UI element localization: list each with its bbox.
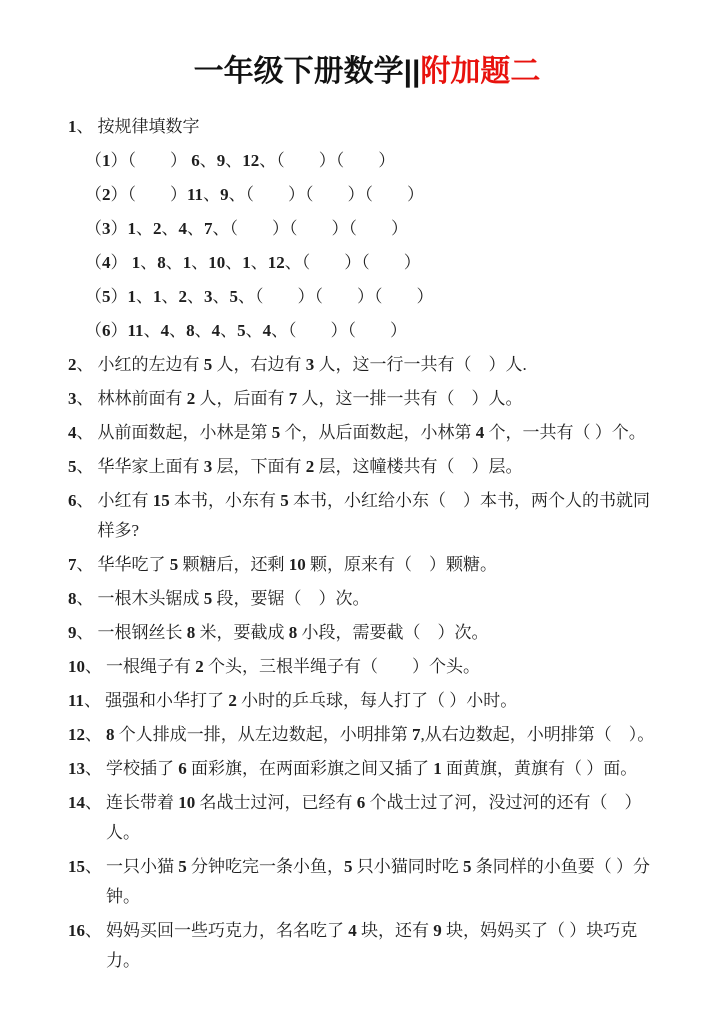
question-number: 3、 xyxy=(68,384,94,414)
question-item: 13、学校插了 6 面彩旗，在两面彩旗之间又插了 1 面黄旗，黄旗有（ ）面。 xyxy=(68,754,666,784)
question-item: 5、华华家上面有 3 层，下面有 2 层，这幢楼共有（ ）层。 xyxy=(68,452,666,482)
question-text: 一只小猫 5 分钟吃完一条小鱼，5 只小猫同时吃 5 条同样的小鱼要（ ）分钟。 xyxy=(106,852,666,912)
question-number: 10、 xyxy=(68,652,102,682)
question-line: 华华吃了 5 颗糖后，还剩 10 颗，原来有（ ）颗糖。 xyxy=(98,550,667,580)
question-item: 10、一根绳子有 2 个头，三根半绳子有（ ）个头。 xyxy=(68,652,666,682)
question-text: 从前面数起，小林是第 5 个，从后面数起，小林第 4 个，一共有（ ）个。 xyxy=(98,418,667,448)
question-line: 按规律填数字 xyxy=(98,112,667,142)
question-text: 按规律填数字 xyxy=(98,112,667,142)
question-subitem: （2）（ ）11、9、（ ）（ ）（ ） xyxy=(68,180,666,210)
question-number: 12、 xyxy=(68,720,102,750)
question-item: 12、8 个人排成一排，从左边数起，小明排第 7,从右边数起，小明排第（ ）。 xyxy=(68,720,666,750)
question-line: 连长带着 10 名战士过河，已经有 6 个战士过了河，没过河的还有（ ） xyxy=(106,788,666,818)
question-text: 华华吃了 5 颗糖后，还剩 10 颗，原来有（ ）颗糖。 xyxy=(98,550,667,580)
question-line: 一只小猫 5 分钟吃完一条小鱼，5 只小猫同时吃 5 条同样的小鱼要（ ）分 xyxy=(106,852,666,882)
question-item: 9、一根钢丝长 8 米，要截成 8 小段，需要截（ ）次。 xyxy=(68,618,666,648)
question-item: 3、林林前面有 2 人，后面有 7 人，这一排一共有（ ）人。 xyxy=(68,384,666,414)
question-line: 林林前面有 2 人，后面有 7 人，这一排一共有（ ）人。 xyxy=(98,384,667,414)
question-text: 小红的左边有 5 人，右边有 3 人，这一行一共有（ ）人. xyxy=(98,350,667,380)
question-text: 学校插了 6 面彩旗，在两面彩旗之间又插了 1 面黄旗，黄旗有（ ）面。 xyxy=(106,754,666,784)
question-item: 15、一只小猫 5 分钟吃完一条小鱼，5 只小猫同时吃 5 条同样的小鱼要（ ）… xyxy=(68,852,666,912)
page-title: 一年级下册数学||附加题二 xyxy=(68,54,666,90)
question-number: 15、 xyxy=(68,852,102,912)
question-list: 1、按规律填数字（1）（ ） 6、9、12、（ ）（ ）（2）（ ）11、9、（… xyxy=(68,112,666,976)
question-number: 13、 xyxy=(68,754,102,784)
worksheet-page: 一年级下册数学||附加题二 1、按规律填数字（1）（ ） 6、9、12、（ ）（… xyxy=(0,0,724,1024)
question-line: 样多? xyxy=(98,516,667,546)
question-text: 林林前面有 2 人，后面有 7 人，这一排一共有（ ）人。 xyxy=(98,384,667,414)
question-number: 14、 xyxy=(68,788,102,848)
question-item: 2、小红的左边有 5 人，右边有 3 人，这一行一共有（ ）人. xyxy=(68,350,666,380)
title-black-part: 一年级下册数学|| xyxy=(194,55,421,88)
question-line: 8 个人排成一排，从左边数起，小明排第 7,从右边数起，小明排第（ ）。 xyxy=(106,720,666,750)
question-number: 9、 xyxy=(68,618,94,648)
question-line: 一根木头锯成 5 段，要锯（ ）次。 xyxy=(98,584,667,614)
question-text: 连长带着 10 名战士过河，已经有 6 个战士过了河，没过河的还有（ ）人。 xyxy=(106,788,666,848)
title-red-part: 附加题二 xyxy=(420,55,540,88)
question-item: 6、小红有 15 本书，小东有 5 本书，小红给小东（ ）本书，两个人的书就同样… xyxy=(68,486,666,546)
question-text: 8 个人排成一排，从左边数起，小明排第 7,从右边数起，小明排第（ ）。 xyxy=(106,720,666,750)
question-item: 4、从前面数起，小林是第 5 个，从后面数起，小林第 4 个，一共有（ ）个。 xyxy=(68,418,666,448)
question-text: 一根木头锯成 5 段，要锯（ ）次。 xyxy=(98,584,667,614)
question-subitem: （6）11、4、8、4、5、4、（ ）（ ） xyxy=(68,316,666,346)
question-item: 1、按规律填数字 xyxy=(68,112,666,142)
question-subitem: （3）1、2、4、7、（ ）（ ）（ ） xyxy=(68,214,666,244)
question-line: 华华家上面有 3 层，下面有 2 层，这幢楼共有（ ）层。 xyxy=(98,452,667,482)
question-number: 5、 xyxy=(68,452,94,482)
question-number: 1、 xyxy=(68,112,94,142)
question-text: 一根钢丝长 8 米，要截成 8 小段，需要截（ ）次。 xyxy=(98,618,667,648)
question-item: 14、连长带着 10 名战士过河，已经有 6 个战士过了河，没过河的还有（ ）人… xyxy=(68,788,666,848)
question-line: 小红有 15 本书，小东有 5 本书，小红给小东（ ）本书，两个人的书就同 xyxy=(98,486,667,516)
question-line: 学校插了 6 面彩旗，在两面彩旗之间又插了 1 面黄旗，黄旗有（ ）面。 xyxy=(106,754,666,784)
question-subitem: （5）1、1、2、3、5、（ ）（ ）（ ） xyxy=(68,282,666,312)
question-number: 7、 xyxy=(68,550,94,580)
question-line: 从前面数起，小林是第 5 个，从后面数起，小林第 4 个，一共有（ ）个。 xyxy=(98,418,667,448)
question-item: 7、华华吃了 5 颗糖后，还剩 10 颗，原来有（ ）颗糖。 xyxy=(68,550,666,580)
question-subitem: （1）（ ） 6、9、12、（ ）（ ） xyxy=(68,146,666,176)
question-item: 11、强强和小华打了 2 小时的乒乓球，每人打了（ ）小时。 xyxy=(68,686,666,716)
question-number: 6、 xyxy=(68,486,94,546)
question-number: 16、 xyxy=(68,916,102,976)
question-number: 4、 xyxy=(68,418,94,448)
question-number: 2、 xyxy=(68,350,94,380)
question-number: 11、 xyxy=(68,686,101,716)
question-item: 16、妈妈买回一些巧克力，名名吃了 4 块，还有 9 块，妈妈买了（ ）块巧克力… xyxy=(68,916,666,976)
question-line: 力。 xyxy=(106,946,666,976)
question-item: 8、一根木头锯成 5 段，要锯（ ）次。 xyxy=(68,584,666,614)
question-number: 8、 xyxy=(68,584,94,614)
question-line: 妈妈买回一些巧克力，名名吃了 4 块，还有 9 块，妈妈买了（ ）块巧克 xyxy=(106,916,666,946)
question-text: 妈妈买回一些巧克力，名名吃了 4 块，还有 9 块，妈妈买了（ ）块巧克力。 xyxy=(106,916,666,976)
question-line: 人。 xyxy=(106,818,666,848)
question-line: 一根钢丝长 8 米，要截成 8 小段，需要截（ ）次。 xyxy=(98,618,667,648)
question-line: 小红的左边有 5 人，右边有 3 人，这一行一共有（ ）人. xyxy=(98,350,667,380)
question-text: 强强和小华打了 2 小时的乒乓球，每人打了（ ）小时。 xyxy=(105,686,666,716)
question-line: 强强和小华打了 2 小时的乒乓球，每人打了（ ）小时。 xyxy=(105,686,666,716)
question-text: 一根绳子有 2 个头，三根半绳子有（ ）个头。 xyxy=(106,652,666,682)
question-subitem: （4） 1、8、1、10、1、12、（ ）（ ） xyxy=(68,248,666,278)
question-text: 华华家上面有 3 层，下面有 2 层，这幢楼共有（ ）层。 xyxy=(98,452,667,482)
question-text: 小红有 15 本书，小东有 5 本书，小红给小东（ ）本书，两个人的书就同样多? xyxy=(98,486,667,546)
question-line: 一根绳子有 2 个头，三根半绳子有（ ）个头。 xyxy=(106,652,666,682)
question-line: 钟。 xyxy=(106,882,666,912)
